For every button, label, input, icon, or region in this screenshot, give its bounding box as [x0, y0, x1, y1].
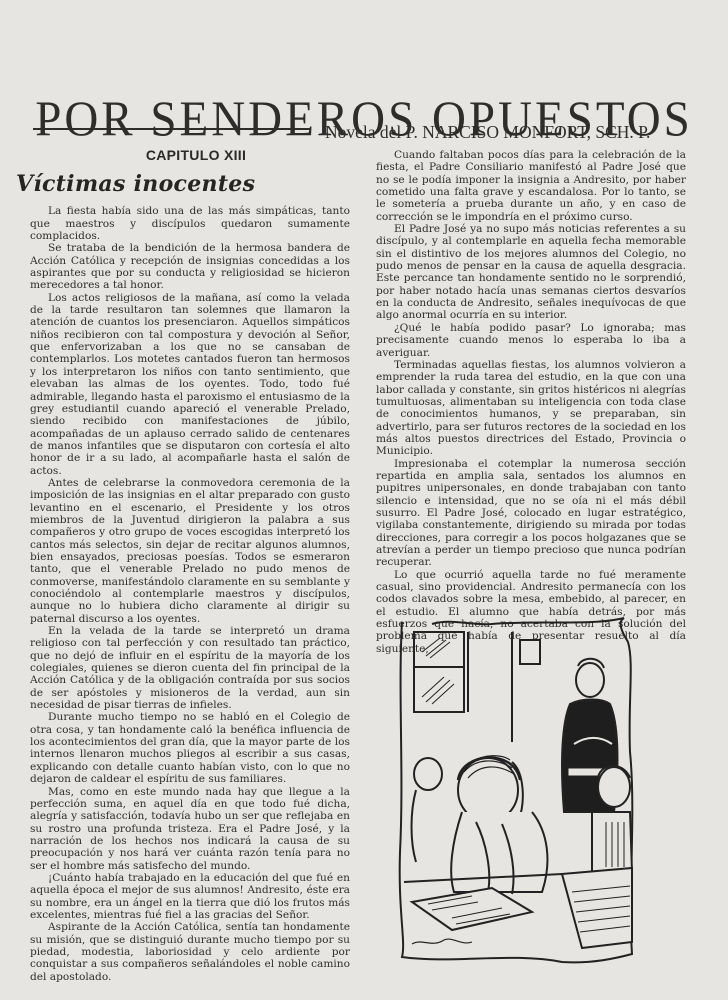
- chapter-heading: CAPITULO XIII: [30, 149, 350, 161]
- chapter-subtitle: Víctimas inocentes: [16, 171, 350, 197]
- paragraph: Se trataba de la bendición de la hermosa…: [30, 242, 350, 291]
- left-column: CAPITULO XIII Víctimas inocentes La fies…: [30, 145, 350, 983]
- paragraph: Antes de celebrarse la conmovedora cerem…: [30, 477, 350, 625]
- paragraph: Cuando faltaban pocos días para la celeb…: [376, 149, 686, 223]
- paragraph: El Padre José ya no supo más noticias re…: [376, 223, 686, 322]
- paragraph: Los actos religiosos de la mañana, así c…: [30, 292, 350, 477]
- illustration-classroom-icon: [392, 612, 640, 972]
- paragraph: Impresionaba el cotemplar la numerosa se…: [376, 458, 686, 569]
- paragraph: La fiesta había sido una de las más simp…: [30, 205, 350, 242]
- byline-row: Novela del P. NARCISO MONFORT, SCH. P.: [33, 120, 710, 144]
- paragraph: ¿Qué le había podido pasar? Lo ignoraba;…: [376, 322, 686, 359]
- right-column: Cuando faltaban pocos días para la celeb…: [376, 145, 686, 655]
- paragraph: Aspirante de la Acción Católica, sentía …: [30, 921, 350, 983]
- paragraph: Mas, como en este mundo nada hay que lle…: [30, 786, 350, 872]
- paragraph: Durante mucho tiempo no se habló en el C…: [30, 711, 350, 785]
- paragraph: Terminadas aquellas fiestas, los alumnos…: [376, 359, 686, 458]
- paragraph: ¡Cuánto había trabajado en la educación …: [30, 872, 350, 921]
- title-rule-divider: [33, 128, 311, 130]
- magazine-page: POR SENDEROS OPUESTOS Novela del P. NARC…: [0, 0, 728, 1000]
- author-byline: Novela del P. NARCISO MONFORT, SCH. P.: [325, 122, 650, 143]
- paragraph: En la velada de la tarde se interpretó u…: [30, 625, 350, 711]
